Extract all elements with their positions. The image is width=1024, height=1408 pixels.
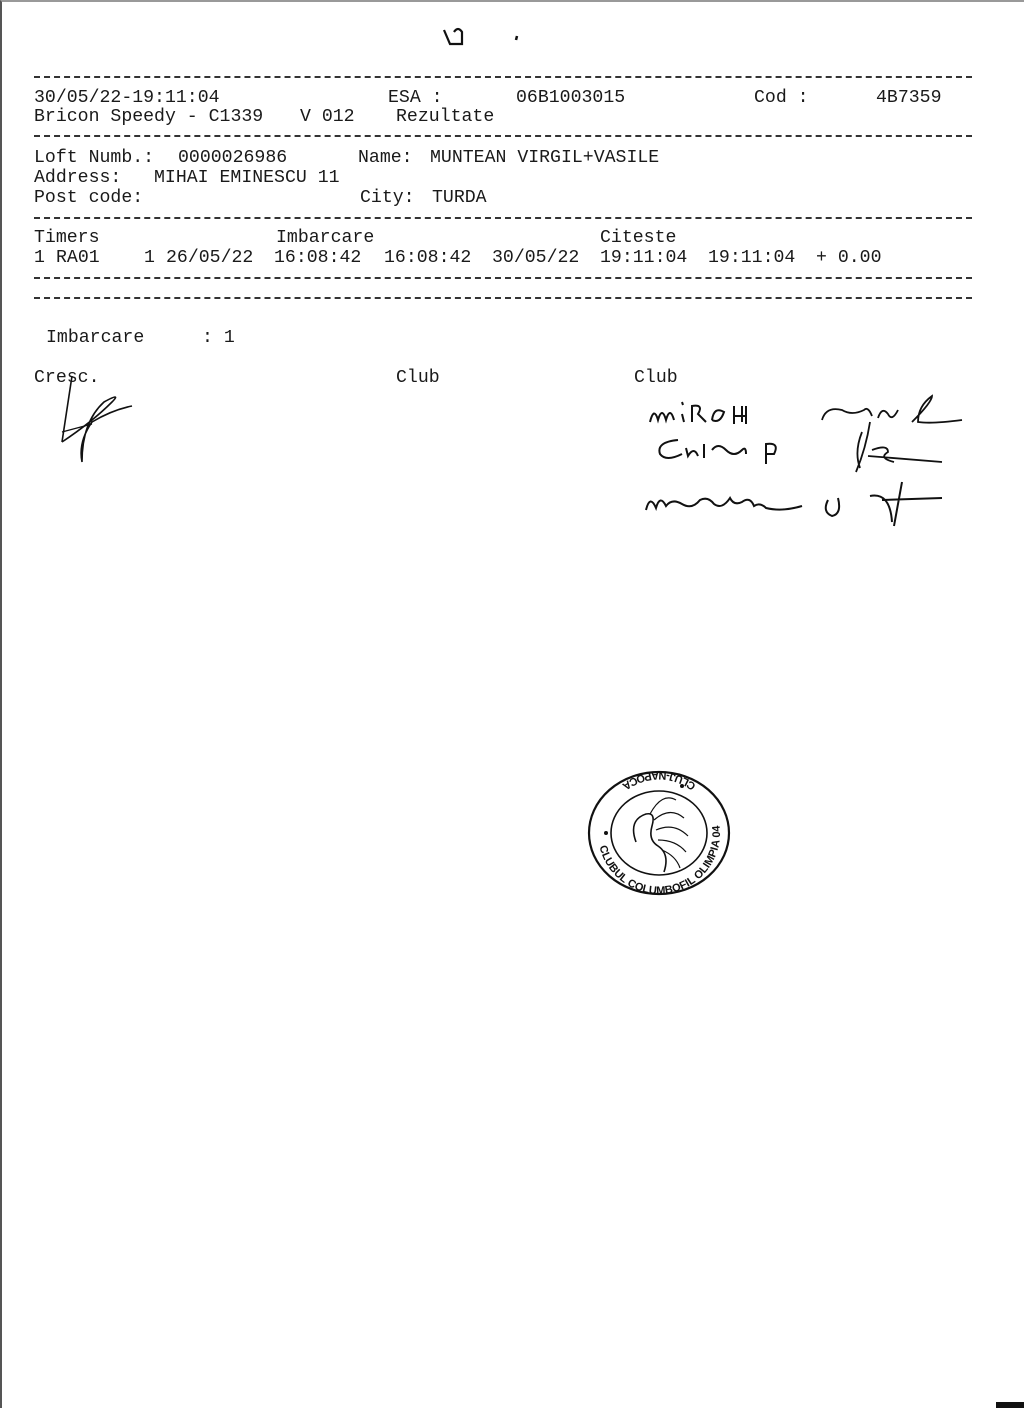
divider xyxy=(34,217,972,219)
timer-index: 1 xyxy=(34,248,45,268)
imbarcare-summary-label: Imbarcare xyxy=(46,328,144,348)
name-value: MUNTEAN VIRGIL+VASILE xyxy=(430,148,659,168)
svg-text:CLUJ-NAPOCA: CLUJ-NAPOCA xyxy=(620,770,698,792)
address-label: Address: xyxy=(34,168,121,188)
imbarcare-time-2: 16:08:42 xyxy=(384,248,471,268)
imbarcare-header: Imbarcare xyxy=(276,228,374,248)
handwritten-names-icon xyxy=(642,392,1002,542)
citeste-header: Citeste xyxy=(600,228,676,248)
scanned-document: 30/05/22-19:11:04 ESA : 06B1003015 Cod :… xyxy=(0,0,1024,1408)
divider xyxy=(34,76,972,78)
esa-label: ESA : xyxy=(388,88,443,108)
club-label-2: Club xyxy=(634,368,678,388)
cod-label: Cod : xyxy=(754,88,809,108)
handwritten-mark-icon xyxy=(440,26,530,56)
header-datetime: 30/05/22-19:11:04 xyxy=(34,88,220,108)
deviation: + 0.00 xyxy=(816,248,882,268)
imbarcare-date: 26/05/22 xyxy=(166,248,253,268)
system-version: V 012 xyxy=(300,107,355,127)
postcode-label: Post code: xyxy=(34,188,143,208)
citeste-time-2: 19:11:04 xyxy=(708,248,795,268)
club-label-1: Club xyxy=(396,368,440,388)
club-stamp: CLUJ-NAPOCA CLUBUL COLUMBOFIL OLIMPIA 04 xyxy=(584,770,734,896)
svg-text:CLUBUL COLUMBOFIL OLIMPIA 04: CLUBUL COLUMBOFIL OLIMPIA 04 xyxy=(596,823,733,896)
divider xyxy=(34,297,972,299)
club-stamp-icon: CLUJ-NAPOCA CLUBUL COLUMBOFIL OLIMPIA 04 xyxy=(584,770,734,896)
club-signatures xyxy=(642,392,1002,547)
citeste-time-1: 19:11:04 xyxy=(600,248,687,268)
timers-header: Timers xyxy=(34,228,100,248)
report-type: Rezultate xyxy=(396,107,494,127)
loft-label: Loft Numb.: xyxy=(34,148,154,168)
divider xyxy=(34,135,972,137)
cod-value: 4B7359 xyxy=(876,88,942,108)
signature-icon xyxy=(52,372,142,467)
city-value: TURDA xyxy=(432,188,487,208)
name-label: Name: xyxy=(358,148,413,168)
timer-id: RA01 xyxy=(56,248,100,268)
address-value: MIHAI EMINESCU 11 xyxy=(154,168,340,188)
imbarcare-summary-value: : 1 xyxy=(202,328,235,348)
handwritten-mark xyxy=(440,26,530,61)
scan-edge-mark xyxy=(996,1402,1024,1408)
imbarcare-time-1: 16:08:42 xyxy=(274,248,361,268)
city-label: City: xyxy=(360,188,415,208)
timer-count: 1 xyxy=(144,248,155,268)
esa-value: 06B1003015 xyxy=(516,88,625,108)
citeste-date: 30/05/22 xyxy=(492,248,579,268)
loft-value: 0000026986 xyxy=(178,148,287,168)
system-name: Bricon Speedy - C1339 xyxy=(34,107,263,127)
divider xyxy=(34,277,972,279)
crescator-signature xyxy=(52,372,142,472)
